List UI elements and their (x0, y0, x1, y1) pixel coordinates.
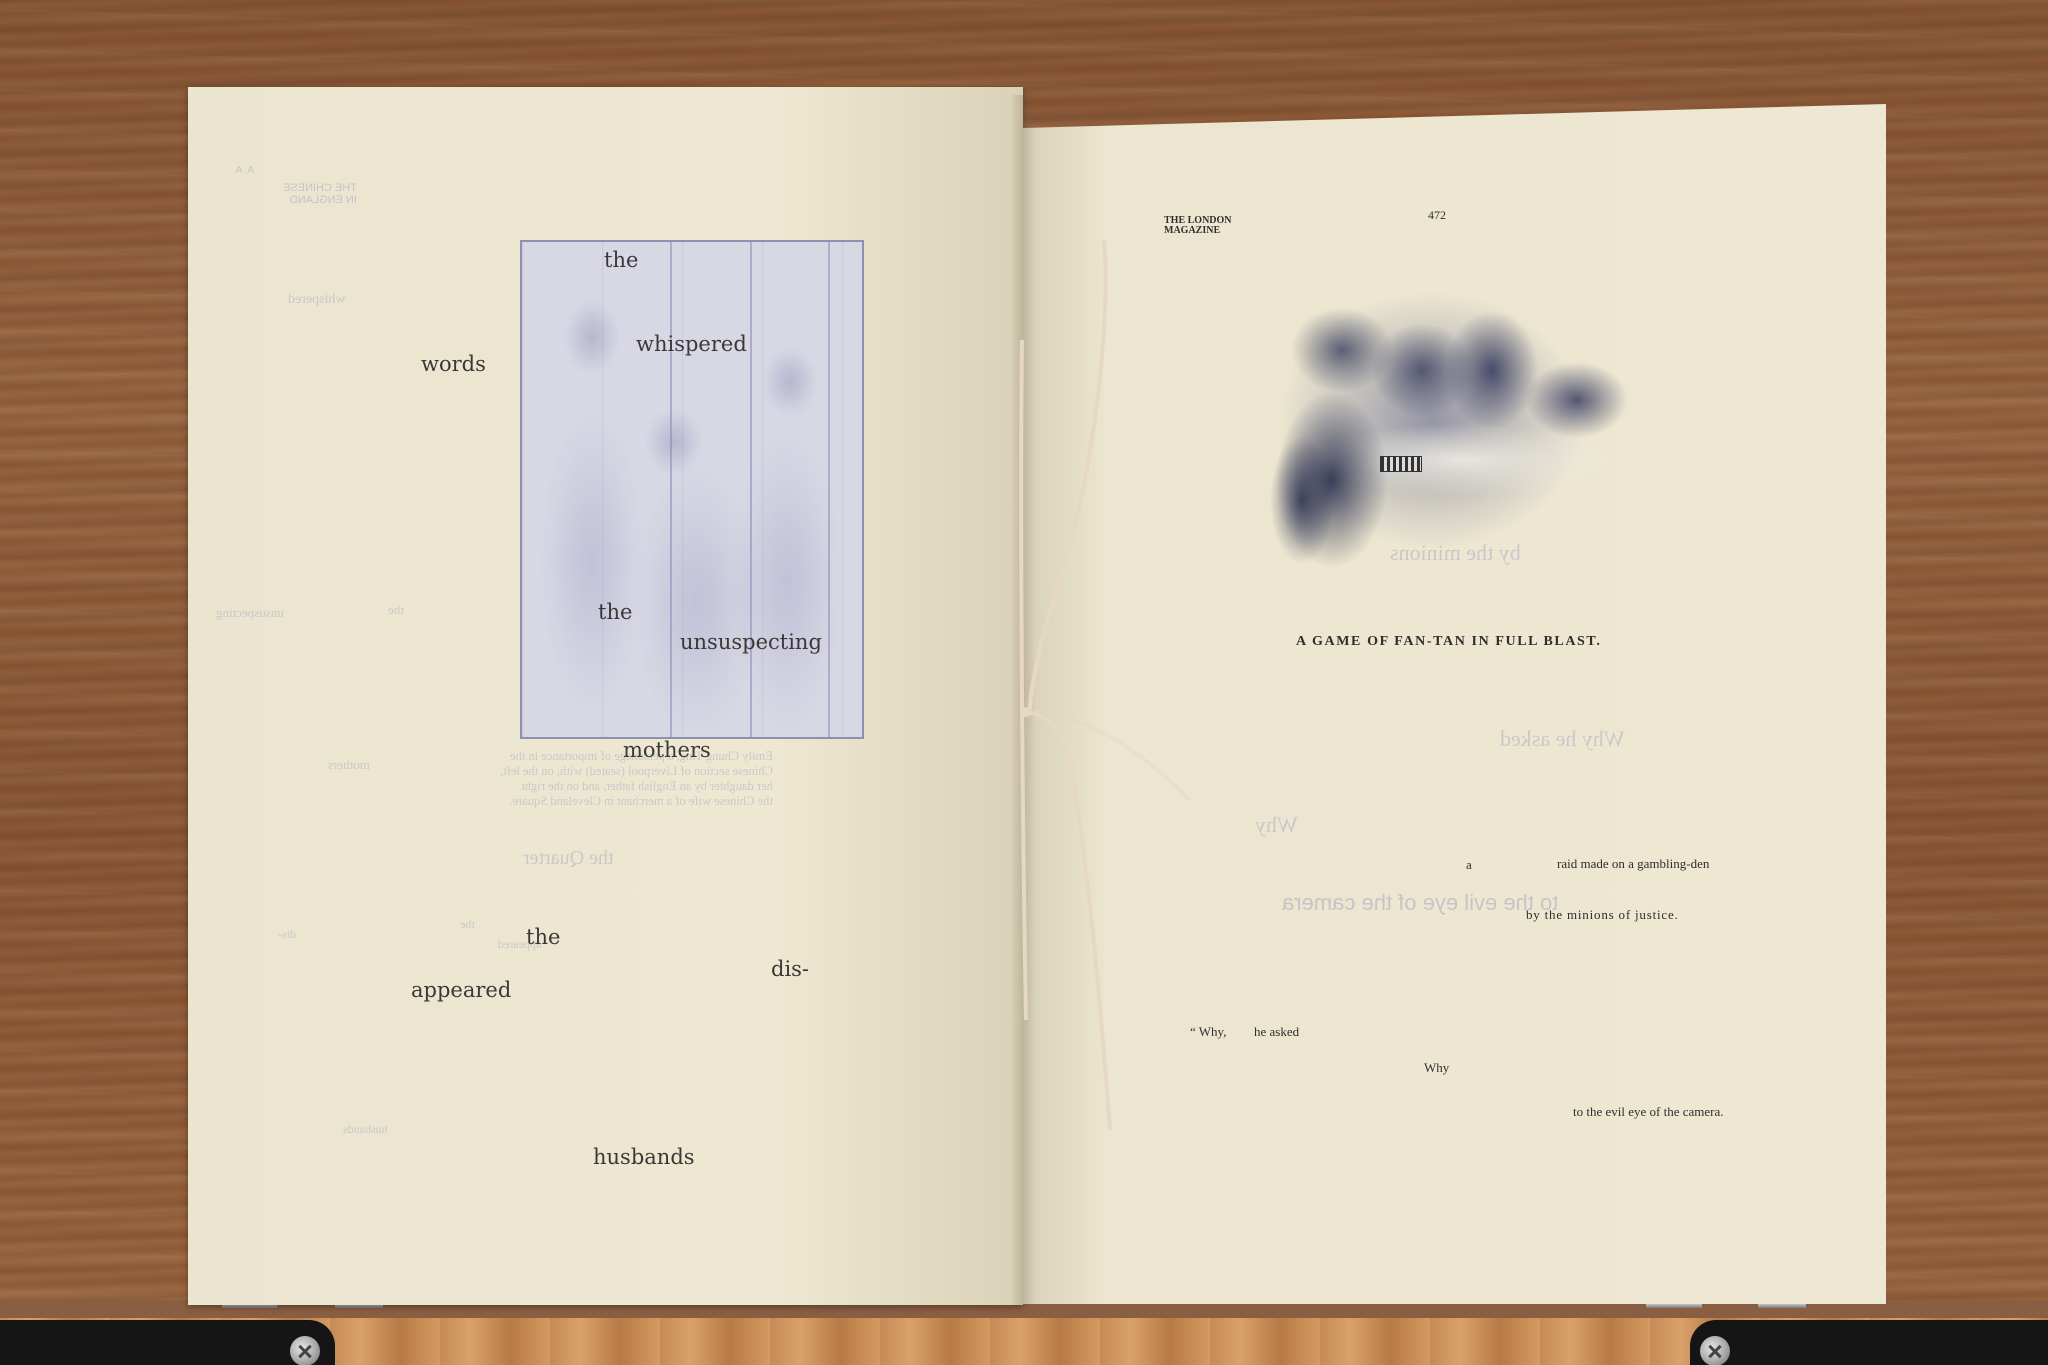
binding-cord (0, 0, 2048, 1365)
